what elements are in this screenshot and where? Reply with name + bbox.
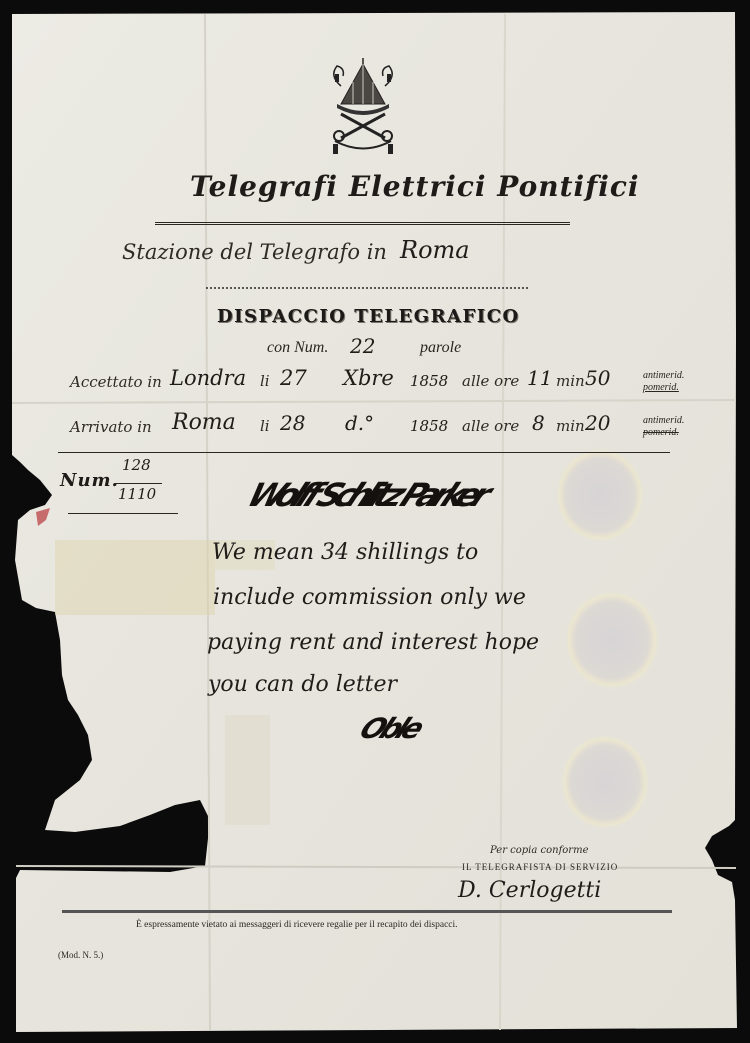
accepted-place: Londra bbox=[170, 366, 246, 390]
accepted-pm: pomerid. bbox=[643, 382, 679, 393]
arrived-am: antimerid. bbox=[643, 415, 684, 426]
number-denominator: 1110 bbox=[118, 485, 156, 503]
accepted-min-label: min bbox=[556, 372, 585, 390]
arrived-year: 1858 bbox=[410, 417, 448, 435]
arrived-place: Roma bbox=[172, 410, 236, 435]
section-divider bbox=[58, 452, 670, 453]
accepted-hour: 11 bbox=[527, 366, 552, 390]
arrived-month: d.° bbox=[345, 411, 374, 435]
accepted-day: 27 bbox=[280, 366, 307, 390]
dispatch-heading: DISPACCIO TELEGRAFICO bbox=[217, 306, 520, 327]
arrived-hour-label: alle ore bbox=[462, 417, 519, 435]
accepted-month: Xbre bbox=[343, 366, 394, 390]
station-city: Roma bbox=[400, 236, 470, 264]
number-label: Num. bbox=[60, 470, 119, 491]
certification-line-2: Il Telegrafista di servizio bbox=[462, 862, 618, 872]
telegram-document: Telegrafi Elettrici Pontifici Stazione d… bbox=[0, 0, 750, 1043]
fraction-bar bbox=[114, 483, 162, 484]
footer-notice: È espressamente vietato ai messaggeri di… bbox=[136, 920, 458, 930]
arrived-min-label: min bbox=[556, 417, 585, 435]
accepted-hour-label: alle ore bbox=[462, 372, 519, 390]
accepted-year: 1858 bbox=[410, 372, 448, 390]
header-title: Telegrafi Elettrici Pontifici bbox=[190, 170, 640, 203]
certification-line-1: Per copia conforme bbox=[490, 845, 588, 856]
message-line-1: We mean 34 shillings to bbox=[212, 540, 478, 565]
word-count-value: 22 bbox=[350, 334, 375, 358]
arrived-day: 28 bbox=[280, 411, 305, 435]
arrived-hour: 8 bbox=[532, 411, 545, 435]
word-count-prefix: con Num. bbox=[267, 339, 328, 357]
address-scribble: Wolff Schlitz Parker bbox=[241, 476, 492, 514]
arrived-pm: pomerid. bbox=[643, 427, 679, 438]
accepted-am: antimerid. bbox=[643, 370, 684, 381]
wavy-divider bbox=[206, 287, 528, 289]
message-line-2: include commission only we bbox=[213, 585, 526, 610]
number-numerator: 128 bbox=[122, 456, 151, 474]
footer-divider bbox=[62, 910, 672, 913]
header-ornamental-rule bbox=[155, 222, 570, 225]
arrived-minutes: 20 bbox=[585, 411, 610, 435]
accepted-minutes: 50 bbox=[585, 366, 610, 390]
message-line-3: paying rent and interest hope bbox=[207, 630, 539, 655]
accepted-label: Accettato in bbox=[70, 373, 162, 391]
paper-sheet bbox=[0, 0, 750, 1043]
message-line-4: you can do letter bbox=[208, 672, 397, 697]
form-code: (Mod. N. 5.) bbox=[58, 950, 103, 960]
telegraphist-signature: D. Cerlogetti bbox=[458, 878, 601, 903]
arrived-day-prefix: li bbox=[260, 417, 270, 435]
ornamental-swash bbox=[68, 513, 178, 514]
accepted-day-prefix: li bbox=[260, 372, 270, 390]
arrived-label: Arrivato in bbox=[70, 418, 152, 436]
station-label: Stazione del Telegrafo in bbox=[122, 240, 387, 264]
papal-emblem-icon bbox=[323, 56, 403, 156]
word-count-suffix: parole bbox=[420, 339, 461, 357]
